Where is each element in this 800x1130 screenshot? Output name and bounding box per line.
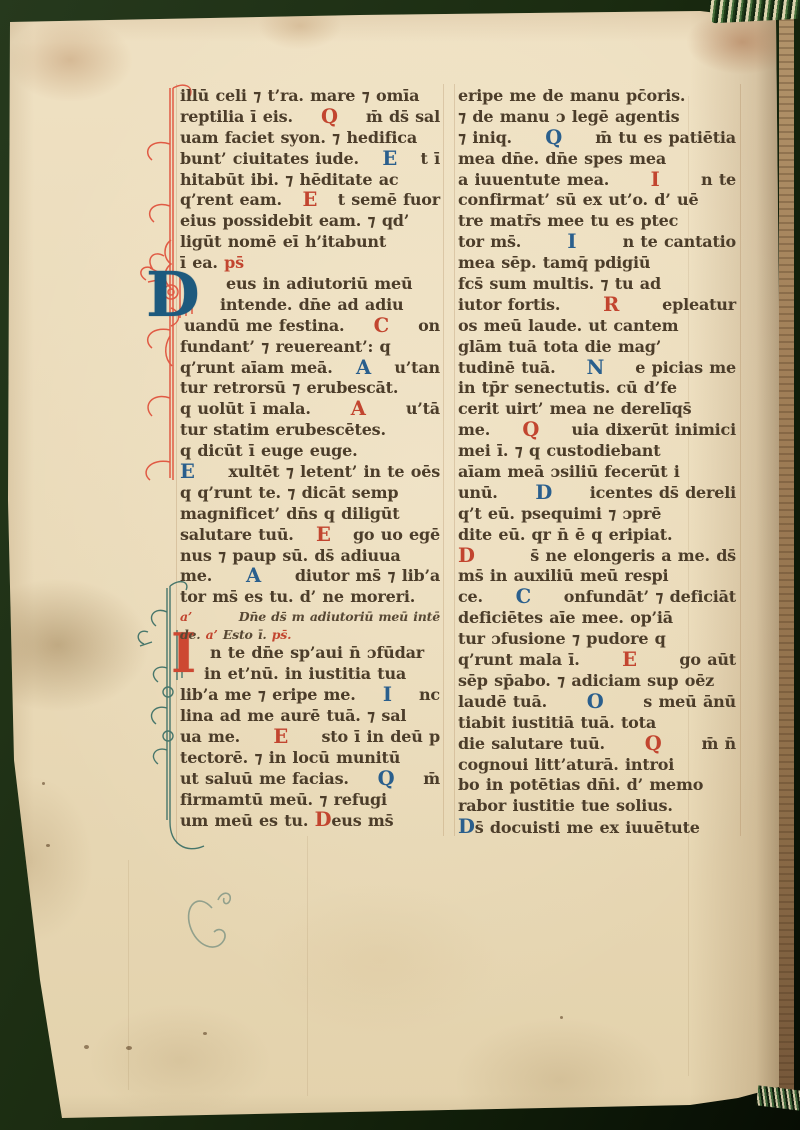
page-stack-fore-edge xyxy=(779,12,794,1090)
text-column-right: eripe me de manu pc̄oris.⁊ de manu ɔ leg… xyxy=(458,86,736,838)
text-line: lina ad me aurē tuā. ⁊ sal xyxy=(180,706,440,727)
text-line: ⁊ de manu ɔ legē agentis xyxy=(458,107,736,128)
text-line: deficiētes aīe mee. op’iā xyxy=(458,608,736,629)
text-line: tectorē. ⁊ in locū munitū xyxy=(180,748,440,769)
text-line: q uolūt ī mala. Au’tā xyxy=(180,399,440,420)
text-line: confirmat’ sū ex ut’o. d’ uē xyxy=(458,190,736,211)
text-line: eus in adiutoriū meū xyxy=(180,274,440,295)
text-line: iutor fortis. Repleatur xyxy=(458,295,736,316)
text-line: ⁊ iniq. Qm̄ tu es patiētia xyxy=(458,128,736,149)
text-line: q q’runt te. ⁊ dicāt semp xyxy=(180,483,440,504)
text-line: q’runt mala ī. Ego aūt xyxy=(458,650,736,671)
text-line: aīam meā ɔsiliū fecerūt i xyxy=(458,462,736,483)
text-line: ms̄ in auxiliū meū respi xyxy=(458,566,736,587)
text-line: in tp̄r senectutis. cū d’fe xyxy=(458,378,736,399)
text-line: nus ⁊ paup sū. ds̄ adiuua xyxy=(180,546,440,567)
stain-speck xyxy=(42,782,45,785)
text-line: salutare tuū. Ego uo egē xyxy=(180,525,440,546)
text-line: unū. Dicentes ds̄ dereli xyxy=(458,483,736,504)
text-line: intende. dn̄e ad adiu xyxy=(180,295,440,316)
text-line: laudē tuā. Os meū ānū xyxy=(458,692,736,713)
text-line: tor ms̄. In te cantatio xyxy=(458,232,736,253)
text-line: de. a’ Esto ī. ps̄. xyxy=(180,626,440,644)
parchment-page: D I illū cel xyxy=(0,0,800,1130)
text-line: tur statim erubescētes. xyxy=(180,420,440,441)
text-line: tur retrorsū ⁊ erubescāt. xyxy=(180,378,440,399)
text-line: me. Adiutor ms̄ ⁊ lib’a xyxy=(180,566,440,587)
text-line: q’t eū. psequimi ⁊ ɔprē xyxy=(458,504,736,525)
stain-speck xyxy=(84,1045,89,1049)
text-line: um meū es tu. Deus ms̄ xyxy=(180,810,440,831)
ruling-line xyxy=(454,84,455,836)
text-line: os meū laude. ut cantem xyxy=(458,316,736,337)
text-line: bo in potētias dn̄i. d’ memo xyxy=(458,775,736,796)
text-line: ut saluū me facias. Qm̄ xyxy=(180,769,440,790)
stain-speck xyxy=(126,1046,132,1050)
text-line: die salutare tuū. Qm̄ n̄ xyxy=(458,734,736,755)
text-line: Ds̄ ne elongeris a me. ds̄ xyxy=(458,546,736,567)
fold-line xyxy=(307,836,308,1096)
ruling-line xyxy=(740,84,741,836)
doodle-squiggle xyxy=(178,886,250,970)
text-line: mea sēp. tamq̄ pdigiū xyxy=(458,253,736,274)
ruling-line xyxy=(443,84,444,836)
text-column-left: illū celi ⁊ t’ra. mare ⁊ omīareptilia ī … xyxy=(180,86,440,831)
text-line: reptilia ī eis. Qm̄ ds̄ sal xyxy=(180,107,440,128)
text-line: in et’nū. in iustitia tua xyxy=(180,664,440,685)
text-line: eius possidebit eam. ⁊ qd’ xyxy=(180,211,440,232)
text-line: q’runt aīam meā. Au’tan xyxy=(180,358,440,379)
text-line: firmamtū meū. ⁊ refugi xyxy=(180,790,440,811)
text-line: dite eū. qr n̄ ē q eripiat. xyxy=(458,525,736,546)
text-line: me. Quia dixerūt inimici xyxy=(458,420,736,441)
stain-speck xyxy=(46,844,50,847)
text-line: bunt’ ciuitates iude. Et ī xyxy=(180,149,440,170)
text-line: eripe me de manu pc̄oris. xyxy=(458,86,736,107)
tailband-striped xyxy=(756,1085,800,1110)
text-line: cognoui litt’aturā. introi xyxy=(458,755,736,776)
text-line: illū celi ⁊ t’ra. mare ⁊ omīa xyxy=(180,86,440,107)
text-line: n te dn̄e sp’aui n̄ ɔfūdar xyxy=(180,643,440,664)
text-line: hitabūt ibi. ⁊ hēditate ac xyxy=(180,170,440,191)
text-line: fundant’ ⁊ reuereant’: q xyxy=(180,337,440,358)
text-line: tor ms̄ es tu. d’ ne moreri. xyxy=(180,587,440,608)
stain-speck xyxy=(203,1032,207,1035)
text-line: ua me. Esto ī in deū p xyxy=(180,727,440,748)
text-line: sēp sp̄abo. ⁊ adiciam sup oēz xyxy=(458,671,736,692)
text-line: ce. Confundāt’ ⁊ deficiāt xyxy=(458,587,736,608)
text-line: q dicūt ī euge euge. xyxy=(180,441,440,462)
stain-speck xyxy=(560,1016,563,1019)
text-line: mei ī. ⁊ q custodiebant xyxy=(458,441,736,462)
text-line: ligūt nomē eī h’itabunt xyxy=(180,232,440,253)
fold-line xyxy=(128,860,129,1090)
text-line: ī ea. ps̄ xyxy=(180,253,440,274)
text-line: tiabit iustitiā tuā. tota xyxy=(458,713,736,734)
text-line: mea dn̄e. dn̄e spes mea xyxy=(458,149,736,170)
text-line: tre matr̄s mee tu es ptec xyxy=(458,211,736,232)
text-line: tur ɔfusione ⁊ pudore q xyxy=(458,629,736,650)
photo-background: D I illū cel xyxy=(0,0,800,1130)
text-line: q’rent eam. Et semē fuor xyxy=(180,190,440,211)
text-line: tudinē tuā. Ne picias me xyxy=(458,358,736,379)
text-line: lib’a me ⁊ eripe me. Inc xyxy=(180,685,440,706)
text-line: a iuuentute mea. In te xyxy=(458,170,736,191)
text-line: glām tuā tota die mag’ xyxy=(458,337,736,358)
text-line: rabor iustitie tue solius. xyxy=(458,796,736,817)
text-line: cerit uirt’ mea ne derelīqs̄ xyxy=(458,399,736,420)
text-line: Exultēt ⁊ letent’ in te oēs xyxy=(180,462,440,483)
text-line: fcs̄ sum multis. ⁊ tu ad xyxy=(458,274,736,295)
text-line: uandū me festina. Con xyxy=(180,316,440,337)
text-line: uam faciet syon. ⁊ hedifica xyxy=(180,128,440,149)
text-line: Ds̄ docuisti me ex iuuētute xyxy=(458,817,736,838)
text-line: a’ Dn̄e ds̄ m adiutoriū meū intē xyxy=(180,608,440,626)
text-line: magnificet’ dn̄s q diligūt xyxy=(180,504,440,525)
